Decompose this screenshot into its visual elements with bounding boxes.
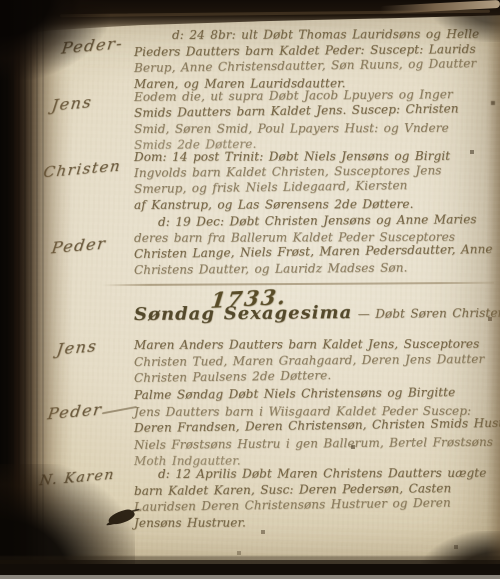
record-line-text: — Døbt Søren Christensøns og	[358, 305, 500, 321]
record-line: Jensøns Hustruer.	[134, 516, 246, 530]
binding-corner-shadow	[0, 0, 110, 80]
sunday-name-text: Søndag Sexagesima	[134, 302, 352, 325]
record-line: Maren Anders Dautters barn Kaldet Jens, …	[134, 337, 479, 352]
record-line: Palme Søndag Døbt Niels Christensøns og …	[134, 385, 455, 402]
record-line: Christens Dautter, og Lauridz Madses Søn…	[134, 261, 408, 277]
record-line: af Kanstrup, og Las Sørensens 2de Døtter…	[134, 197, 414, 212]
record-line: d: 12 Aprilis Døbt Maren Christens Dautt…	[158, 466, 486, 481]
manuscript-page: Peder- Jens Christen Peder Jens Peder N.…	[0, 0, 500, 579]
record-line: Søndag Sexagesima — Døbt Søren Christens…	[134, 300, 500, 325]
record-line: Christen Paulsens 2de Døttere.	[134, 368, 331, 385]
record-line: Dom: 14 post Trinit: Døbt Niels Jensøns …	[134, 149, 450, 164]
record-line: d: 19 Dec: Døbt Christen Jensøns og Anne…	[158, 212, 477, 229]
record-line: Smid, Søren Smid, Poul Lpayers Hust: og …	[134, 121, 449, 136]
binding-edge-bottom	[0, 555, 500, 579]
page-edge-shadow	[486, 0, 500, 579]
